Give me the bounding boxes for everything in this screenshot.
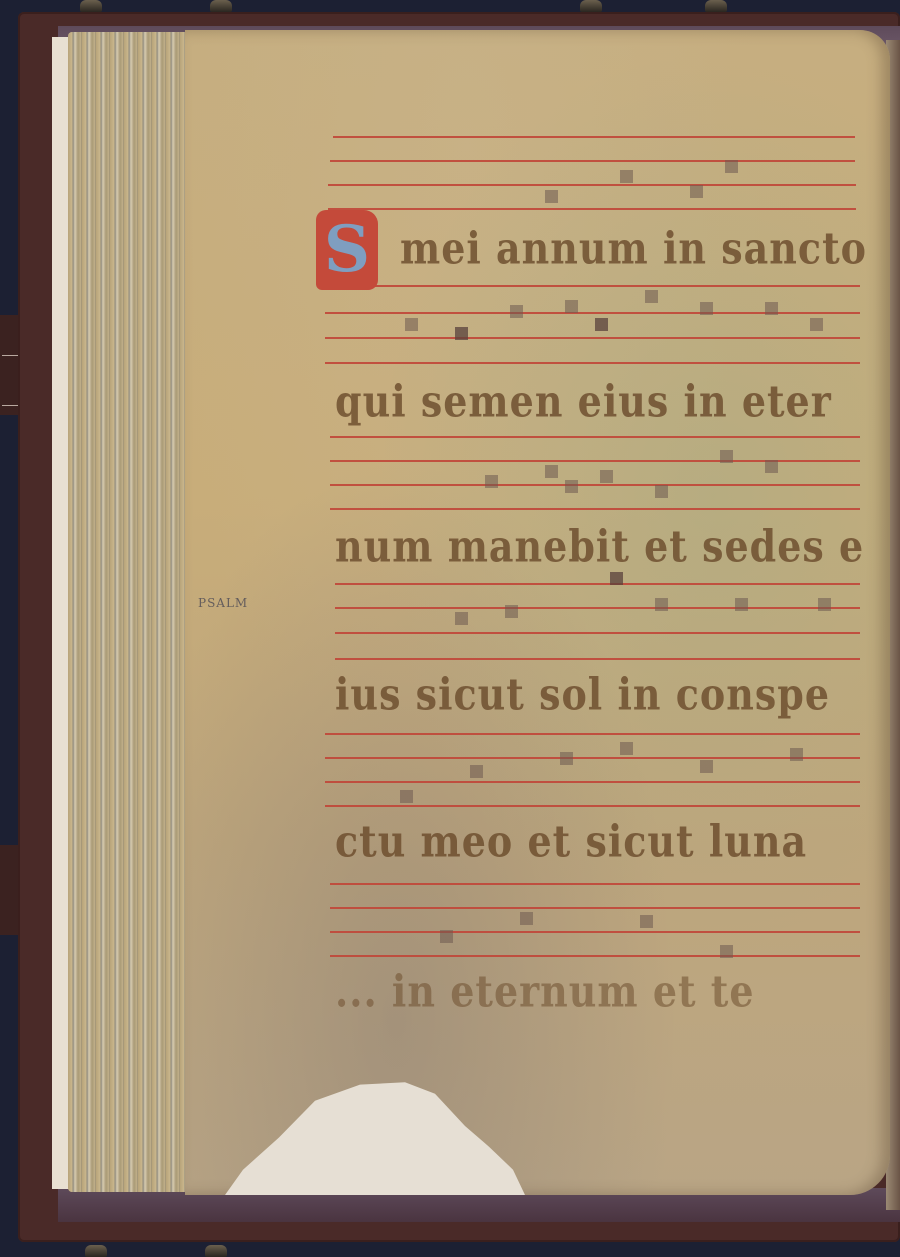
lyric-line-3: num manebit et sedes e — [335, 520, 865, 572]
neume — [485, 475, 498, 488]
neume — [455, 327, 468, 340]
clasp-knob — [85, 1245, 107, 1257]
lyric-line-6: ... in eternum et te — [335, 965, 865, 1017]
neume — [790, 748, 803, 761]
neume — [565, 300, 578, 313]
neume — [735, 598, 748, 611]
neume — [690, 185, 703, 198]
neume — [505, 605, 518, 618]
lyric-line-2: qui semen eius in eter — [335, 375, 865, 427]
neume — [620, 170, 633, 183]
staff-line — [325, 312, 860, 314]
lyric-line-1: mei annum in sancto — [400, 222, 860, 274]
binding-strap-left-lower — [0, 845, 20, 935]
neume — [405, 318, 418, 331]
neume — [470, 765, 483, 778]
neume — [620, 742, 633, 755]
staff-line — [328, 184, 856, 186]
staff-line — [325, 757, 860, 759]
staff-line — [330, 436, 860, 438]
staff-line — [330, 907, 860, 909]
staff-line — [335, 583, 860, 585]
neume — [700, 302, 713, 315]
lyric-line-5: ctu meo et sicut luna — [335, 815, 865, 867]
staff-line — [330, 484, 860, 486]
neume — [545, 465, 558, 478]
clasp-knob — [210, 0, 232, 12]
neume — [610, 572, 623, 585]
staff-line — [330, 955, 860, 957]
staff-line — [330, 883, 860, 885]
staff-line — [333, 136, 855, 138]
staff-line — [325, 362, 860, 364]
neume — [720, 450, 733, 463]
neume — [595, 318, 608, 331]
neume — [510, 305, 523, 318]
staff-line — [325, 805, 860, 807]
neume — [655, 598, 668, 611]
neume — [818, 598, 831, 611]
staff-line — [330, 931, 860, 933]
neume — [765, 302, 778, 315]
staff-line — [328, 285, 860, 287]
staff-line — [325, 337, 860, 339]
neume — [560, 752, 573, 765]
initial-letter: S — [324, 218, 370, 282]
neume — [765, 460, 778, 473]
clasp-knob — [580, 0, 602, 12]
neume — [725, 160, 738, 173]
neume — [520, 912, 533, 925]
staff-line — [330, 460, 860, 462]
neume — [640, 915, 653, 928]
neume — [720, 945, 733, 958]
staff-line — [330, 160, 855, 162]
neume — [655, 485, 668, 498]
lyric-line-4: ius sicut sol in conspe — [335, 668, 865, 720]
margin-note: PSALM — [198, 596, 248, 610]
staff-line — [328, 208, 856, 210]
staff-line — [335, 632, 860, 634]
neume — [455, 612, 468, 625]
clasp-knob — [80, 0, 102, 12]
staff-line — [325, 781, 860, 783]
neume — [600, 470, 613, 483]
staff-line — [335, 607, 860, 609]
staff-line — [325, 733, 860, 735]
staff-line — [335, 658, 860, 660]
neume — [400, 790, 413, 803]
binding-strap-left-upper — [0, 315, 20, 415]
neume — [545, 190, 558, 203]
manuscript-page — [185, 30, 890, 1195]
neume — [645, 290, 658, 303]
illuminated-initial: S — [316, 210, 378, 290]
clasp-knob — [205, 1245, 227, 1257]
neume — [440, 930, 453, 943]
staff-line — [330, 508, 860, 510]
neume — [700, 760, 713, 773]
clasp-knob — [705, 0, 727, 12]
neume — [565, 480, 578, 493]
page-edges-stack — [68, 32, 190, 1192]
neume — [810, 318, 823, 331]
